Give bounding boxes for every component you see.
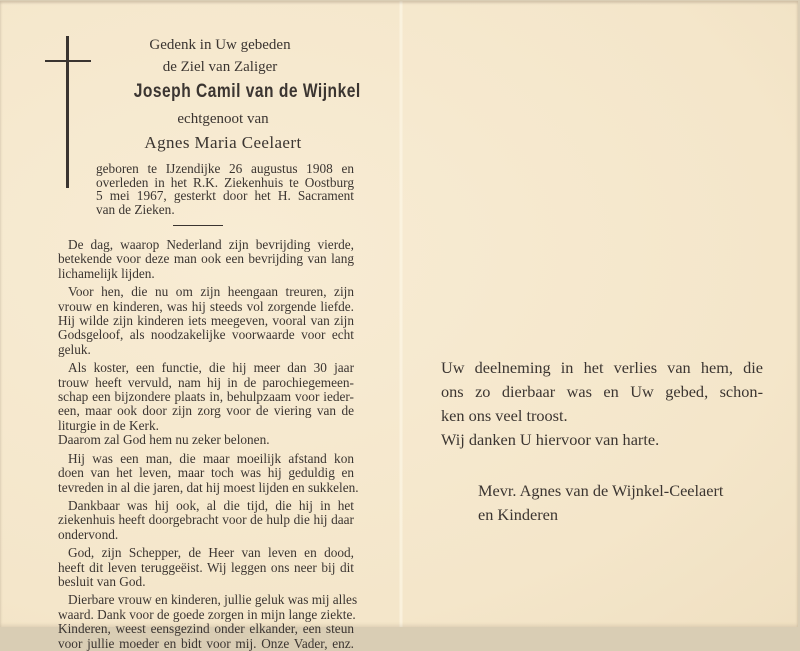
eulogy-paragraph: De dag, waarop Nederland zijn bevrijding…: [58, 238, 354, 281]
eulogy-text: De dag, waarop Nederland zijn bevrijding…: [58, 238, 354, 630]
facts-line: 5 mei 1967, gesterkt door het H. Sacrame…: [96, 189, 354, 203]
text-line: Dankbaar was hij ook, al die tijd, die h…: [58, 499, 354, 513]
signature-line: en Kinderen: [478, 503, 778, 527]
cross-vertical-bar: [66, 36, 69, 188]
facts-line: geboren te IJzendijke 26 augustus 1908 e…: [96, 162, 354, 176]
text-line: waard. Dank voor de goede zorgen in mijn…: [58, 608, 354, 622]
text-line: Daarom zal God hem nu zeker belonen.: [58, 433, 354, 447]
text-line: schap een bijzondere plaats in, behulpza…: [58, 390, 354, 404]
text-line: trouw heeft vervuld, nam hij in de paroc…: [58, 376, 354, 390]
heading-line-1: Gedenk in Uw gebeden: [145, 37, 295, 54]
eulogy-paragraph: Dierbare vrouw en kinderen, jullie geluk…: [58, 593, 354, 630]
eulogy-paragraph: Dankbaar was hij ook, al die tijd, die h…: [58, 499, 354, 542]
text-line: Dierbare vrouw en kinderen, jullie geluk…: [58, 593, 354, 607]
text-line: Kinderen, weest eensgezind onder elkande…: [58, 622, 354, 630]
text-line: Godsgeloof, als noodzakelijke voorwaarde…: [58, 328, 354, 342]
text-line: tevreden in al die jaren, dat hij moest …: [58, 481, 354, 495]
text-line: ziekenhuis heeft doorgebracht voor de hu…: [58, 513, 354, 527]
text-line: betekende voor deze man ook een bevrijdi…: [58, 252, 354, 266]
text-line: ondervond.: [58, 528, 354, 542]
text-line: Voor hen, die nu om zijn heengaan treure…: [58, 285, 354, 299]
text-line: Als koster, een functie, die hij meer da…: [58, 361, 354, 375]
left-panel: Gedenk in Uw gebeden de Ziel van Zaliger…: [0, 1, 400, 627]
eulogy-paragraph: Hij was een man, die maar moeilijk afsta…: [58, 452, 354, 495]
thanks-line: Wij danken U hiervoor van harte.: [441, 428, 763, 452]
text-line: een, maar ook door zijn zorg voor de vie…: [58, 404, 354, 418]
section-divider: [173, 225, 223, 226]
text-line: liturgie in de Kerk.: [58, 419, 354, 433]
eulogy-paragraph: Voor hen, die nu om zijn heengaan treure…: [58, 285, 354, 357]
text-line: Hij wilde zijn kinderen iets meegeven, v…: [58, 314, 354, 328]
text-line: God, zijn Schepper, de Heer van leven en…: [58, 546, 354, 560]
cross-horizontal-bar: [45, 60, 91, 62]
spouse-name: Agnes Maria Ceelaert: [128, 133, 318, 153]
text-line: lichamelijk lijden.: [58, 267, 354, 281]
eulogy-paragraph: God, zijn Schepper, de Heer van leven en…: [58, 546, 354, 589]
facts-line: overleden in het R.K. Ziekenhuis te Oost…: [96, 176, 354, 190]
text-line: doen van het leven, maar toch was hij ge…: [58, 466, 354, 480]
text-line: heeft dit leven teruggeëist. Wij leggen …: [58, 561, 354, 575]
thanks-line: ken ons veel troost.: [441, 404, 763, 428]
text-line: geluk.: [58, 343, 354, 357]
text-line: vrouw en kinderen, was hij steeds vol zo…: [58, 300, 354, 314]
right-panel: [400, 1, 798, 627]
thanks-line: ons zo dierbaar was en Uw gebed, schon-: [441, 380, 763, 404]
text-line: besluit van God.: [58, 575, 354, 589]
thanks-line: Uw deelneming in het verlies van hem, di…: [441, 356, 763, 380]
birth-death-facts: geboren te IJzendijke 26 augustus 1908 e…: [96, 162, 354, 216]
facts-line: van de Zieken.: [96, 203, 354, 217]
text-line: Hij was een man, die maar moeilijk afsta…: [58, 452, 354, 466]
signature: Mevr. Agnes van de Wijnkel-Ceelaert en K…: [478, 479, 778, 527]
signature-line: Mevr. Agnes van de Wijnkel-Ceelaert: [478, 479, 778, 503]
relation-label: echtgenoot van: [148, 111, 298, 128]
eulogy-paragraph: Als koster, een functie, die hij meer da…: [58, 361, 354, 447]
deceased-name: Joseph Camil van de Wijnkel: [134, 81, 323, 103]
text-line: De dag, waarop Nederland zijn bevrijding…: [58, 238, 354, 252]
thank-you-message: Uw deelneming in het verlies van hem, di…: [441, 356, 763, 452]
memorial-card: Gedenk in Uw gebeden de Ziel van Zaliger…: [0, 1, 798, 627]
heading-line-2: de Ziel van Zaliger: [145, 59, 295, 76]
